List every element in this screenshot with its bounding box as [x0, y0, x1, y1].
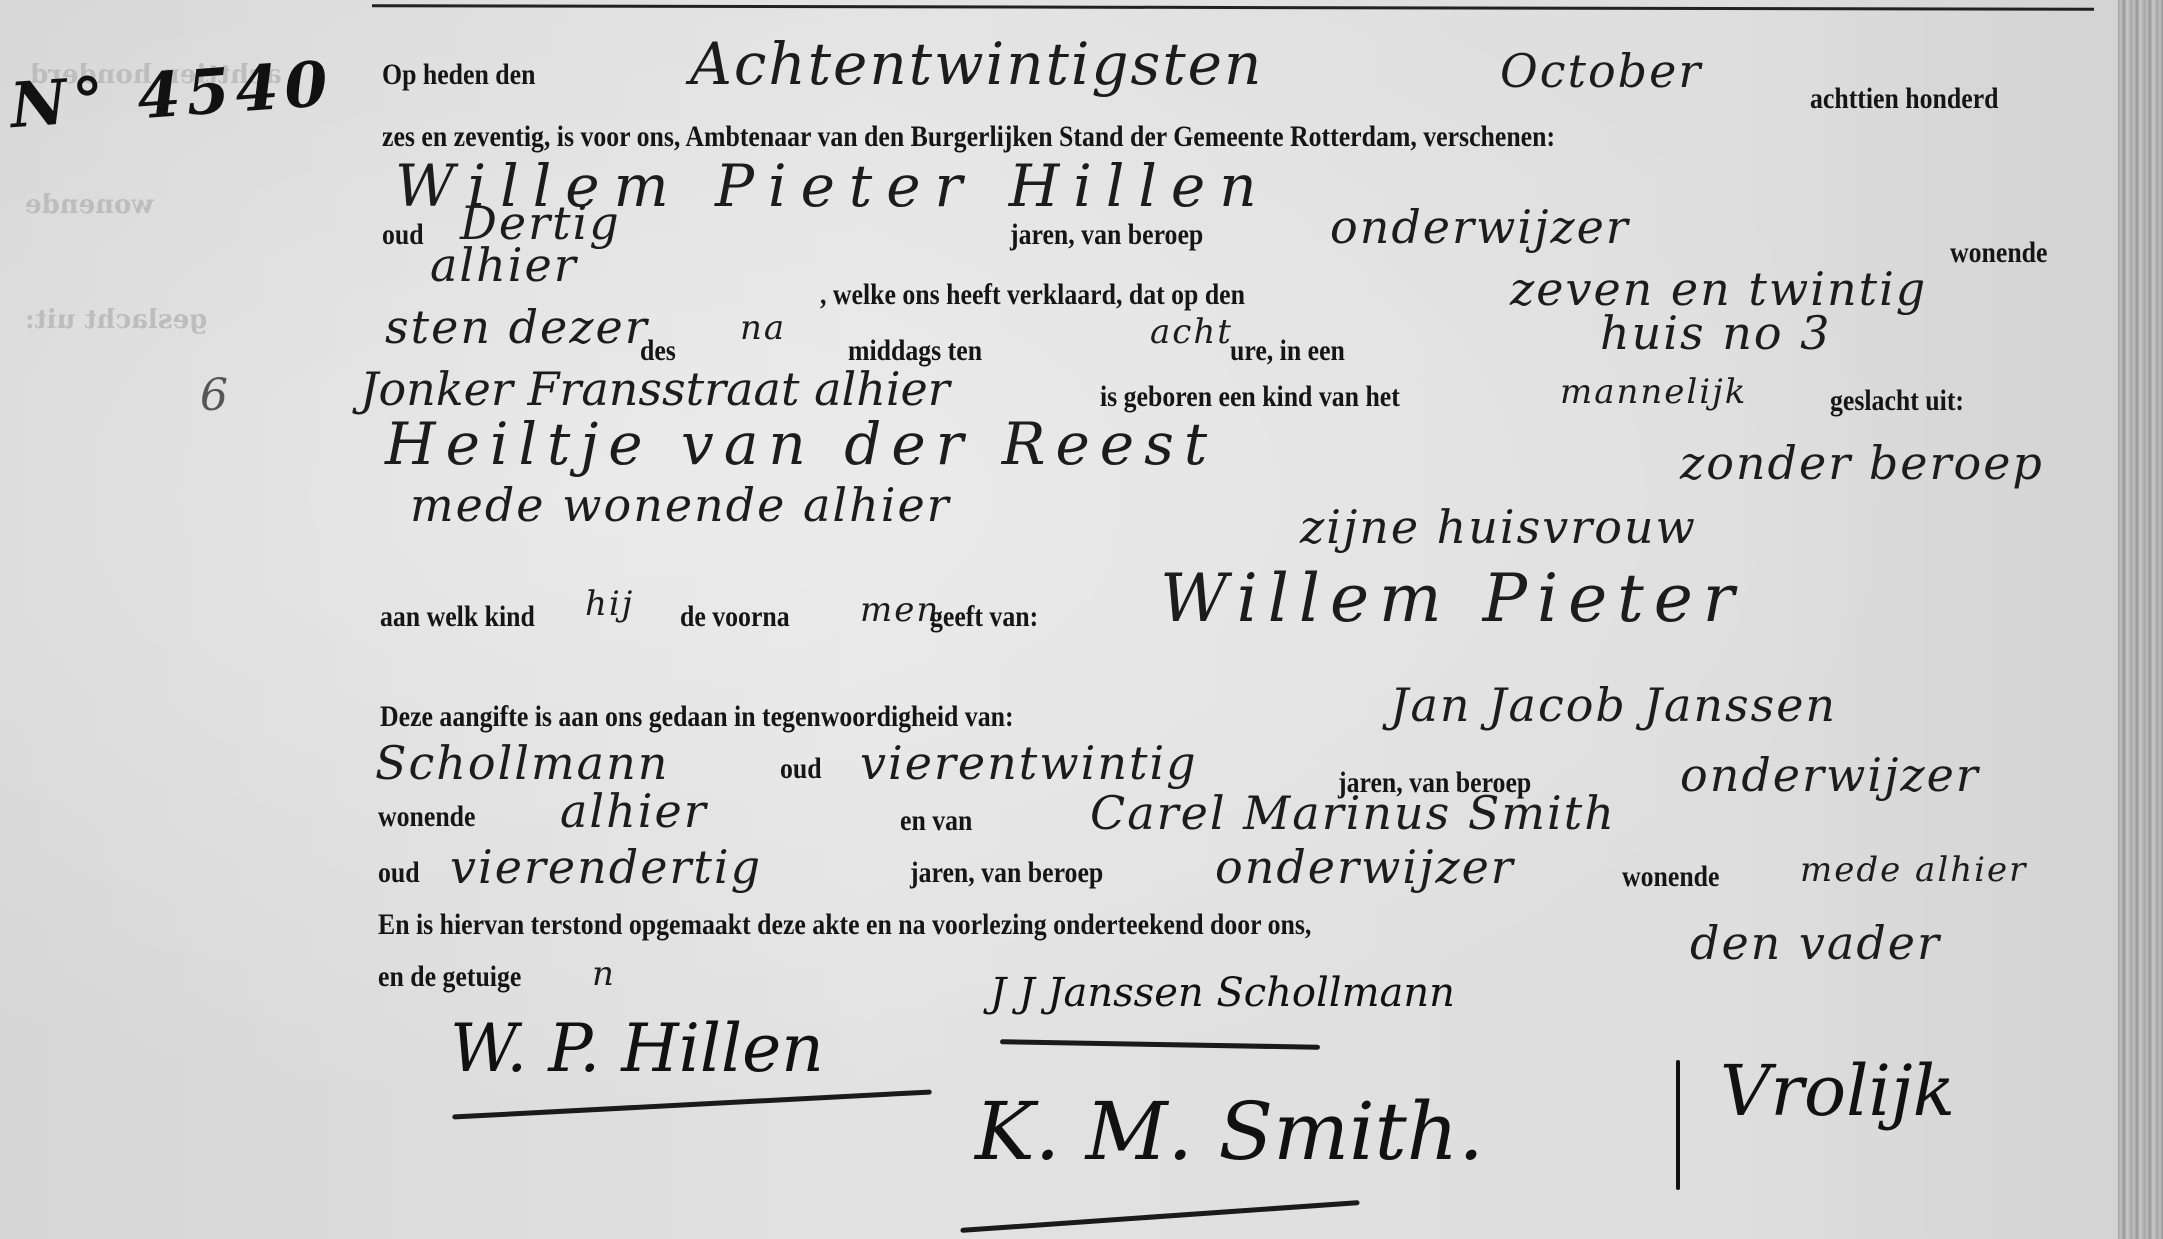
mother-relation: zijne huisvrouw [1300, 500, 1697, 554]
bleed-through-text: wonende [25, 190, 154, 220]
printed-text: Deze aangifte is aan ons gedaan in tegen… [380, 700, 1014, 734]
form-line-6-hw2: na [740, 308, 786, 348]
form-line-8-hw2: zonder beroep [1680, 436, 2044, 490]
form-line-13-hw: alhier [560, 784, 708, 838]
house-number: huis no 3 [1600, 306, 1831, 360]
printed-text: wonende [1950, 236, 2047, 270]
mother-residence: mede wonende alhier [410, 478, 951, 532]
witness-1-occupation: onderwijzer [1680, 748, 1980, 802]
printed-text: en van [900, 804, 972, 838]
form-line-10-hw: hij [585, 584, 634, 624]
printed-text: geeft van: [930, 600, 1038, 634]
form-line-4-p3: wonende [1950, 236, 2063, 270]
form-line-12-hw3: onderwijzer [1680, 748, 1980, 802]
child-given-names: Willem Pieter [1160, 560, 1744, 637]
form-line-11-hw: Jan Jacob Janssen [1390, 678, 1837, 732]
form-line-14: oud [378, 856, 426, 890]
bleed-through-text: geslacht uit: [25, 305, 207, 335]
form-line-16-hw: n [592, 954, 616, 994]
printed-text: aan welk kind [380, 600, 535, 634]
signature-underline [960, 1200, 1359, 1233]
printed-text: wonende [1622, 860, 1719, 894]
form-line-7-hw2: mannelijk [1560, 372, 1747, 412]
form-line-4-p2: jaren, van beroep [1010, 218, 1235, 252]
witness-1-name: Jan Jacob Janssen [1390, 678, 1837, 732]
printed-text: Op heden den [382, 58, 535, 92]
book-binding-edge [2118, 0, 2163, 1239]
form-line-1-hw2: October [1500, 44, 1702, 98]
handwritten-month: October [1500, 44, 1702, 98]
printed-text: oud [780, 752, 822, 786]
form-line-15: En is hiervan terstond opgemaakt deze ak… [378, 908, 1463, 942]
printed-text: En is hiervan terstond opgemaakt deze ak… [378, 908, 1311, 942]
form-line-13: wonende [378, 800, 491, 834]
form-line-16: en de getuige [378, 960, 545, 994]
form-line-14-p3: wonende [1622, 860, 1735, 894]
form-line-10-p3: geeft van: [930, 600, 1056, 634]
certificate-page: achttien honderd wonende geslacht uit: N… [0, 0, 2163, 1239]
printed-text: oud [378, 856, 420, 890]
form-line-7-hw: Jonker Fransstraat alhier [360, 362, 950, 416]
form-line-6-hw3: acht [1150, 312, 1233, 352]
form-line-10: aan welk kind [380, 600, 560, 634]
form-line-1-p2: achttien honderd [1810, 82, 2029, 116]
form-line-14-p2: jaren, van beroep [910, 856, 1135, 890]
printed-text: wonende [378, 800, 475, 834]
top-rule [372, 4, 2094, 11]
form-line-13-p2: en van [900, 804, 984, 838]
form-line-12-hw2: vierentwintig [860, 736, 1198, 790]
form-line-6-hw4: huis no 3 [1600, 306, 1831, 360]
signature-witness-1: J J Janssen Schollmann [990, 970, 1455, 1016]
printed-text: zes en zeventig, is voor ons, Ambtenaar … [382, 120, 1555, 154]
printed-text: en de getuige [378, 960, 521, 994]
form-line-4: oud [382, 218, 430, 252]
pronoun: hij [585, 584, 634, 624]
form-line-9: mede wonende alhier [410, 478, 951, 532]
mother-occupation: zonder beroep [1680, 436, 2044, 490]
birth-day-suffix: sten dezer [385, 300, 649, 354]
declarant-residence: alhier [430, 238, 578, 292]
form-line-14-hw: vierendertig [450, 840, 762, 894]
form-line-5: , welke ons heeft verklaard, dat op den [820, 278, 1314, 312]
form-line-12: oud [780, 752, 828, 786]
form-line-10-hw2: men [860, 590, 940, 630]
birth-hour: acht [1150, 312, 1233, 352]
form-line-10-hw3: Willem Pieter [1160, 560, 1744, 637]
signature-brace [1676, 1060, 1680, 1190]
form-line-2: zes en zeventig, is voor ons, Ambtenaar … [382, 120, 1746, 154]
mother-name: Heiltje van der Reest [385, 410, 1217, 478]
name-suffix: men [860, 590, 940, 630]
signatory-note: den vader [1690, 916, 1941, 970]
printed-text: , welke ons heeft verklaard, dat op den [820, 278, 1245, 312]
printed-text: achttien honderd [1810, 82, 1999, 116]
form-line-4-hw2: onderwijzer [1330, 200, 1630, 254]
form-line-12-hw: Schollmann [375, 736, 669, 790]
printed-text: jaren, van beroep [1010, 218, 1203, 252]
signature-father: W. P. Hillen [450, 1010, 824, 1087]
witness-2-name: Carel Marinus Smith [1090, 786, 1616, 840]
form-line-14-hw2: onderwijzer [1215, 840, 1515, 894]
signature-underline [452, 1089, 932, 1119]
handwritten-date: Achtentwintigsten [690, 30, 1263, 98]
printed-text: jaren, van beroep [910, 856, 1103, 890]
form-line-7-p2: geslacht uit: [1830, 384, 1986, 418]
form-line-8: Heiltje van der Reest [385, 410, 1217, 478]
form-line-5-hw: alhier [430, 238, 578, 292]
form-line-15-hw: den vader [1690, 916, 1941, 970]
form-line-1-hw: Achtentwintigsten [690, 30, 1263, 98]
printed-text: ure, in een [1230, 334, 1345, 368]
form-line-6-hw: sten dezer [385, 300, 649, 354]
signature-official: Vrolijk [1720, 1050, 1955, 1132]
witness-2-residence: mede alhier [1800, 850, 2027, 890]
witness-2-age: vierendertig [450, 840, 762, 894]
form-line-6-p3: ure, in een [1230, 334, 1364, 368]
witness-1-age: vierentwintig [860, 736, 1198, 790]
form-line-9-hw2: zijne huisvrouw [1300, 500, 1697, 554]
time-of-day: na [740, 308, 786, 348]
signature-underline [1000, 1039, 1320, 1050]
birth-street: Jonker Fransstraat alhier [360, 362, 950, 416]
printed-text: is geboren een kind van het [1100, 380, 1400, 414]
printed-text: geslacht uit: [1830, 384, 1964, 418]
form-line-10-p2: de voorna [680, 600, 808, 634]
printed-text: de voorna [680, 600, 790, 634]
declarant-occupation: onderwijzer [1330, 200, 1630, 254]
margin-note: 6 [200, 370, 228, 421]
witness-2-occupation: onderwijzer [1215, 840, 1515, 894]
form-line-11: Deze aangifte is aan ons gedaan in tegen… [380, 700, 1117, 734]
printed-text: oud [382, 218, 424, 252]
form-line-13-hw2: Carel Marinus Smith [1090, 786, 1616, 840]
form-line-14-hw3: mede alhier [1800, 850, 2027, 890]
signature-witness-2: K. M. Smith. [975, 1085, 1484, 1178]
witness-1-surname: Schollmann [375, 736, 669, 790]
witness-1-residence: alhier [560, 784, 708, 838]
form-line-1: Op heden den [382, 58, 560, 92]
plural-suffix: n [592, 954, 616, 994]
form-line-7: is geboren een kind van het [1100, 380, 1449, 414]
child-sex: mannelijk [1560, 372, 1747, 412]
